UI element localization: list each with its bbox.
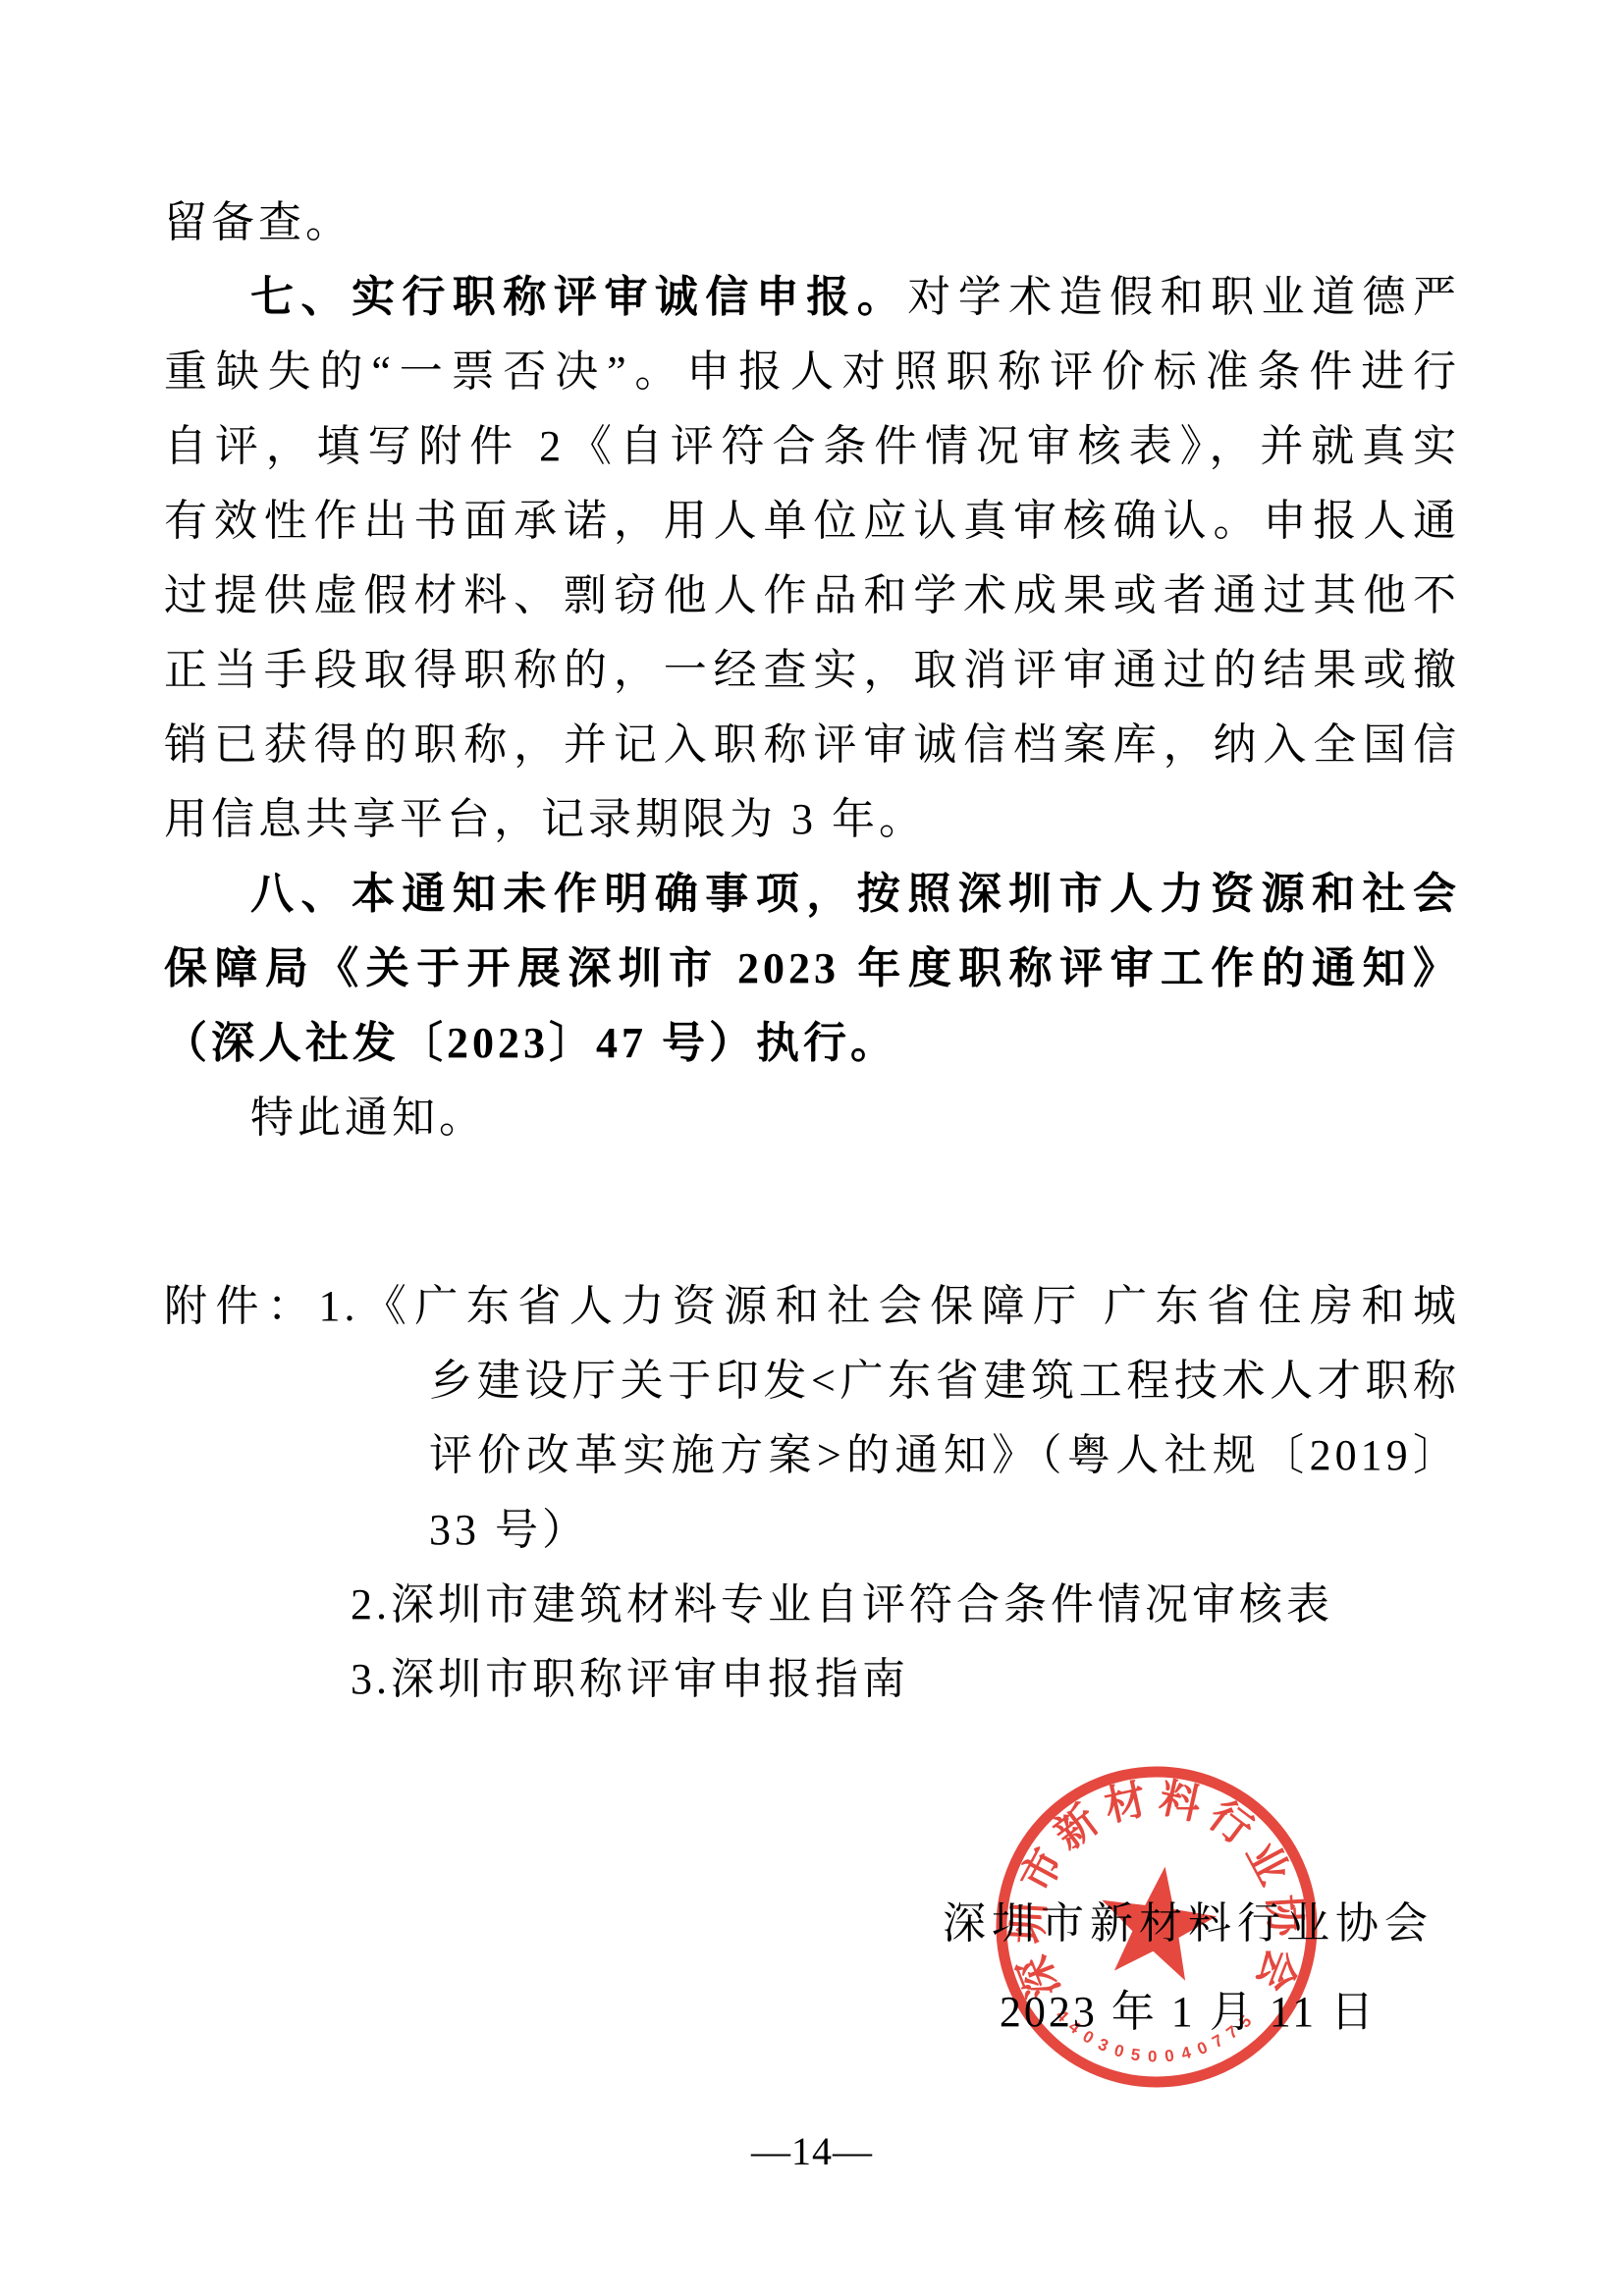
closing-line: 特此通知。 <box>164 1081 1460 1155</box>
document-page: 留备查。 七、实行职称评审诚信申报。对学术造假和职业道德严 重缺失的“一票否决”… <box>0 0 1624 2296</box>
attachments-list: 附件：1.《广东省人力资源和社会保障厅 广东省住房和城 乡建设厅关于印发<广东省… <box>164 1269 1460 1717</box>
body-line: 重缺失的“一票否决”。申报人对照职称评价标准条件进行 <box>164 335 1460 409</box>
official-seal: 深圳市新材料行业协会 4403050040775 <box>988 1758 1326 2096</box>
notice-body: 留备查。 七、实行职称评审诚信申报。对学术造假和职业道德严 重缺失的“一票否决”… <box>164 186 1460 1155</box>
body-line: 销已获得的职称，并记入职称评审诚信档案库，纳入全国信 <box>164 708 1460 782</box>
attachment-item-2: 2.深圳市建筑材料专业自评符合条件情况审核表 <box>351 1568 1460 1642</box>
seal-serial-number: 4403050040775 <box>1053 2005 1262 2065</box>
section-8-line: 保障局《关于开展深圳市 2023 年度职称评审工作的通知》 <box>164 932 1460 1006</box>
attachment-item-1-continuation: 评价改革实施方案>的通知》（粤人社规〔2019〕 <box>429 1418 1460 1493</box>
attachment-item-1-continuation: 33 号） <box>429 1493 1460 1568</box>
section-7-rest: 对学术造假和职业道德严 <box>907 273 1460 321</box>
section-8-line: （深人社发〔2023〕47 号）执行。 <box>164 1006 1460 1081</box>
attachment-label-and-item-1: 附件：1.《广东省人力资源和社会保障厅 广东省住房和城 <box>164 1269 1460 1344</box>
body-line: 过提供虚假材料、剽窃他人作品和学术成果或者通过其他不 <box>164 559 1460 633</box>
body-line: 正当手段取得职称的，一经查实，取消评审通过的结果或撤 <box>164 633 1460 708</box>
body-line: 自评，填写附件 2《自评符合条件情况审核表》，并就真实 <box>164 409 1460 484</box>
section-8-line: 八、本通知未作明确事项，按照深圳市人力资源和社会 <box>164 857 1460 932</box>
attachment-item-1-continuation: 乡建设厅关于印发<广东省建筑工程技术人才职称 <box>429 1344 1460 1418</box>
body-line-continuation: 留备查。 <box>164 186 1460 260</box>
section-7-heading: 七、实行职称评审诚信申报。 <box>250 273 907 321</box>
section-7-line: 七、实行职称评审诚信申报。对学术造假和职业道德严 <box>164 260 1460 335</box>
attachment-item-3: 3.深圳市职称评审申报指南 <box>351 1642 1460 1717</box>
body-line: 用信息共享平台，记录期限为 3 年。 <box>164 782 1460 857</box>
page-footer: —14— <box>0 2128 1624 2174</box>
body-line: 有效性作出书面承诺，用人单位应认真审核确认。申报人通 <box>164 484 1460 559</box>
seal-star-icon <box>1102 1867 1217 1981</box>
page-number: —14— <box>751 2129 873 2173</box>
